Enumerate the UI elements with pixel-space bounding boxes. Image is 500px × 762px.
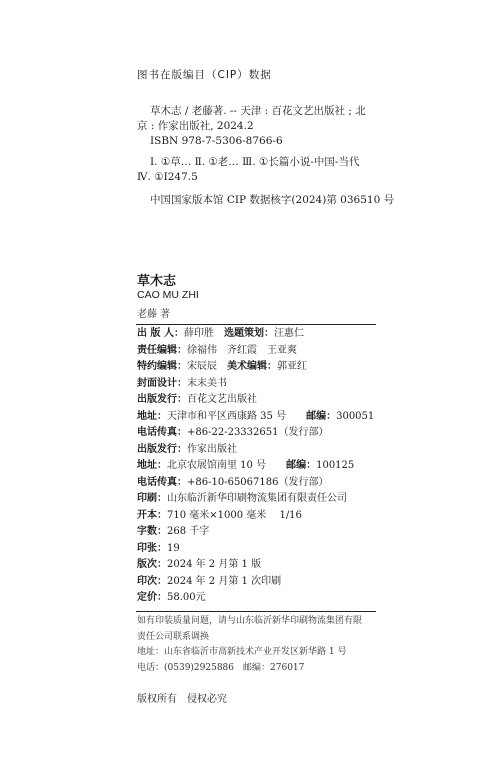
book-title: 草木志: [137, 270, 176, 289]
divider-bottom: [136, 611, 376, 612]
credit-row: 印刷：山东临沂新华印刷物流集团有限责任公司: [137, 491, 374, 508]
credits-block: 出 版 人：薛印胜 选题策划：汪惠仁 责任编辑：徐福伟 齐红霞 王亚爽 特约编辑…: [137, 326, 374, 607]
cip-line-2: 京 : 作家出版社, 2024.2: [137, 119, 254, 134]
credit-row: 出版发行：百花文艺出版社: [137, 392, 374, 409]
credit-row: 定价：58.00元: [137, 590, 374, 607]
credit-row: 电话传真：+86-22-23332651（发行部）: [137, 425, 374, 442]
credit-row: 出 版 人：薛印胜 选题策划：汪惠仁: [137, 326, 374, 343]
credit-row: 版次：2024 年 2 月第 1 版: [137, 557, 374, 574]
credit-row: 印张：19: [137, 541, 374, 558]
credit-row: 地址：天津市和平区西康路 35 号 邮编：300051: [137, 409, 374, 426]
credit-row: 开本：710 毫米×1000 毫米 1/16: [137, 508, 374, 525]
credit-row: 出版发行：作家出版社: [137, 442, 374, 459]
cip-number: 中国国家版本馆 CIP 数据核字(2024)第 036510 号: [150, 193, 394, 208]
divider-top: [136, 324, 376, 325]
copyright-notice: 版权所有 侵权必究: [137, 690, 227, 705]
cip-line-1: 草木志 / 老藤著. -- 天津 : 百花文艺出版社 ; 北: [150, 104, 366, 119]
book-author: 老藤 著: [137, 305, 170, 320]
quality-notice: 如有印装质量问题，请与山东临沂新华印刷物流集团有限 责任公司联系调换 地址：山东…: [137, 614, 362, 676]
credit-row: 印次：2024 年 2 月第 1 次印刷: [137, 574, 374, 591]
credit-row: 责任编辑：徐福伟 齐红霞 王亚爽: [137, 343, 374, 360]
cip-heading: 图书在版编目（CIP）数据: [137, 67, 272, 82]
book-pinyin: CAO MU ZHI: [137, 289, 199, 301]
credit-row: 地址：北京农展馆南里 10 号 邮编：100125: [137, 458, 374, 475]
cip-isbn: ISBN 978-7-5306-8766-6: [150, 134, 283, 149]
cip-class-line-2: Ⅳ. ①I247.5: [137, 170, 198, 185]
credit-row: 电话传真：+86-10-65067186（发行部）: [137, 475, 374, 492]
credit-row: 封面设计：末末美书: [137, 376, 374, 393]
credit-row: 字数：268 千字: [137, 524, 374, 541]
cip-class-line-1: Ⅰ. ①草… Ⅱ. ①老… Ⅲ. ①长篇小说-中国-当代: [150, 155, 359, 170]
credit-row: 特约编辑：宋辰辰 美术编辑：郭亚红: [137, 359, 374, 376]
